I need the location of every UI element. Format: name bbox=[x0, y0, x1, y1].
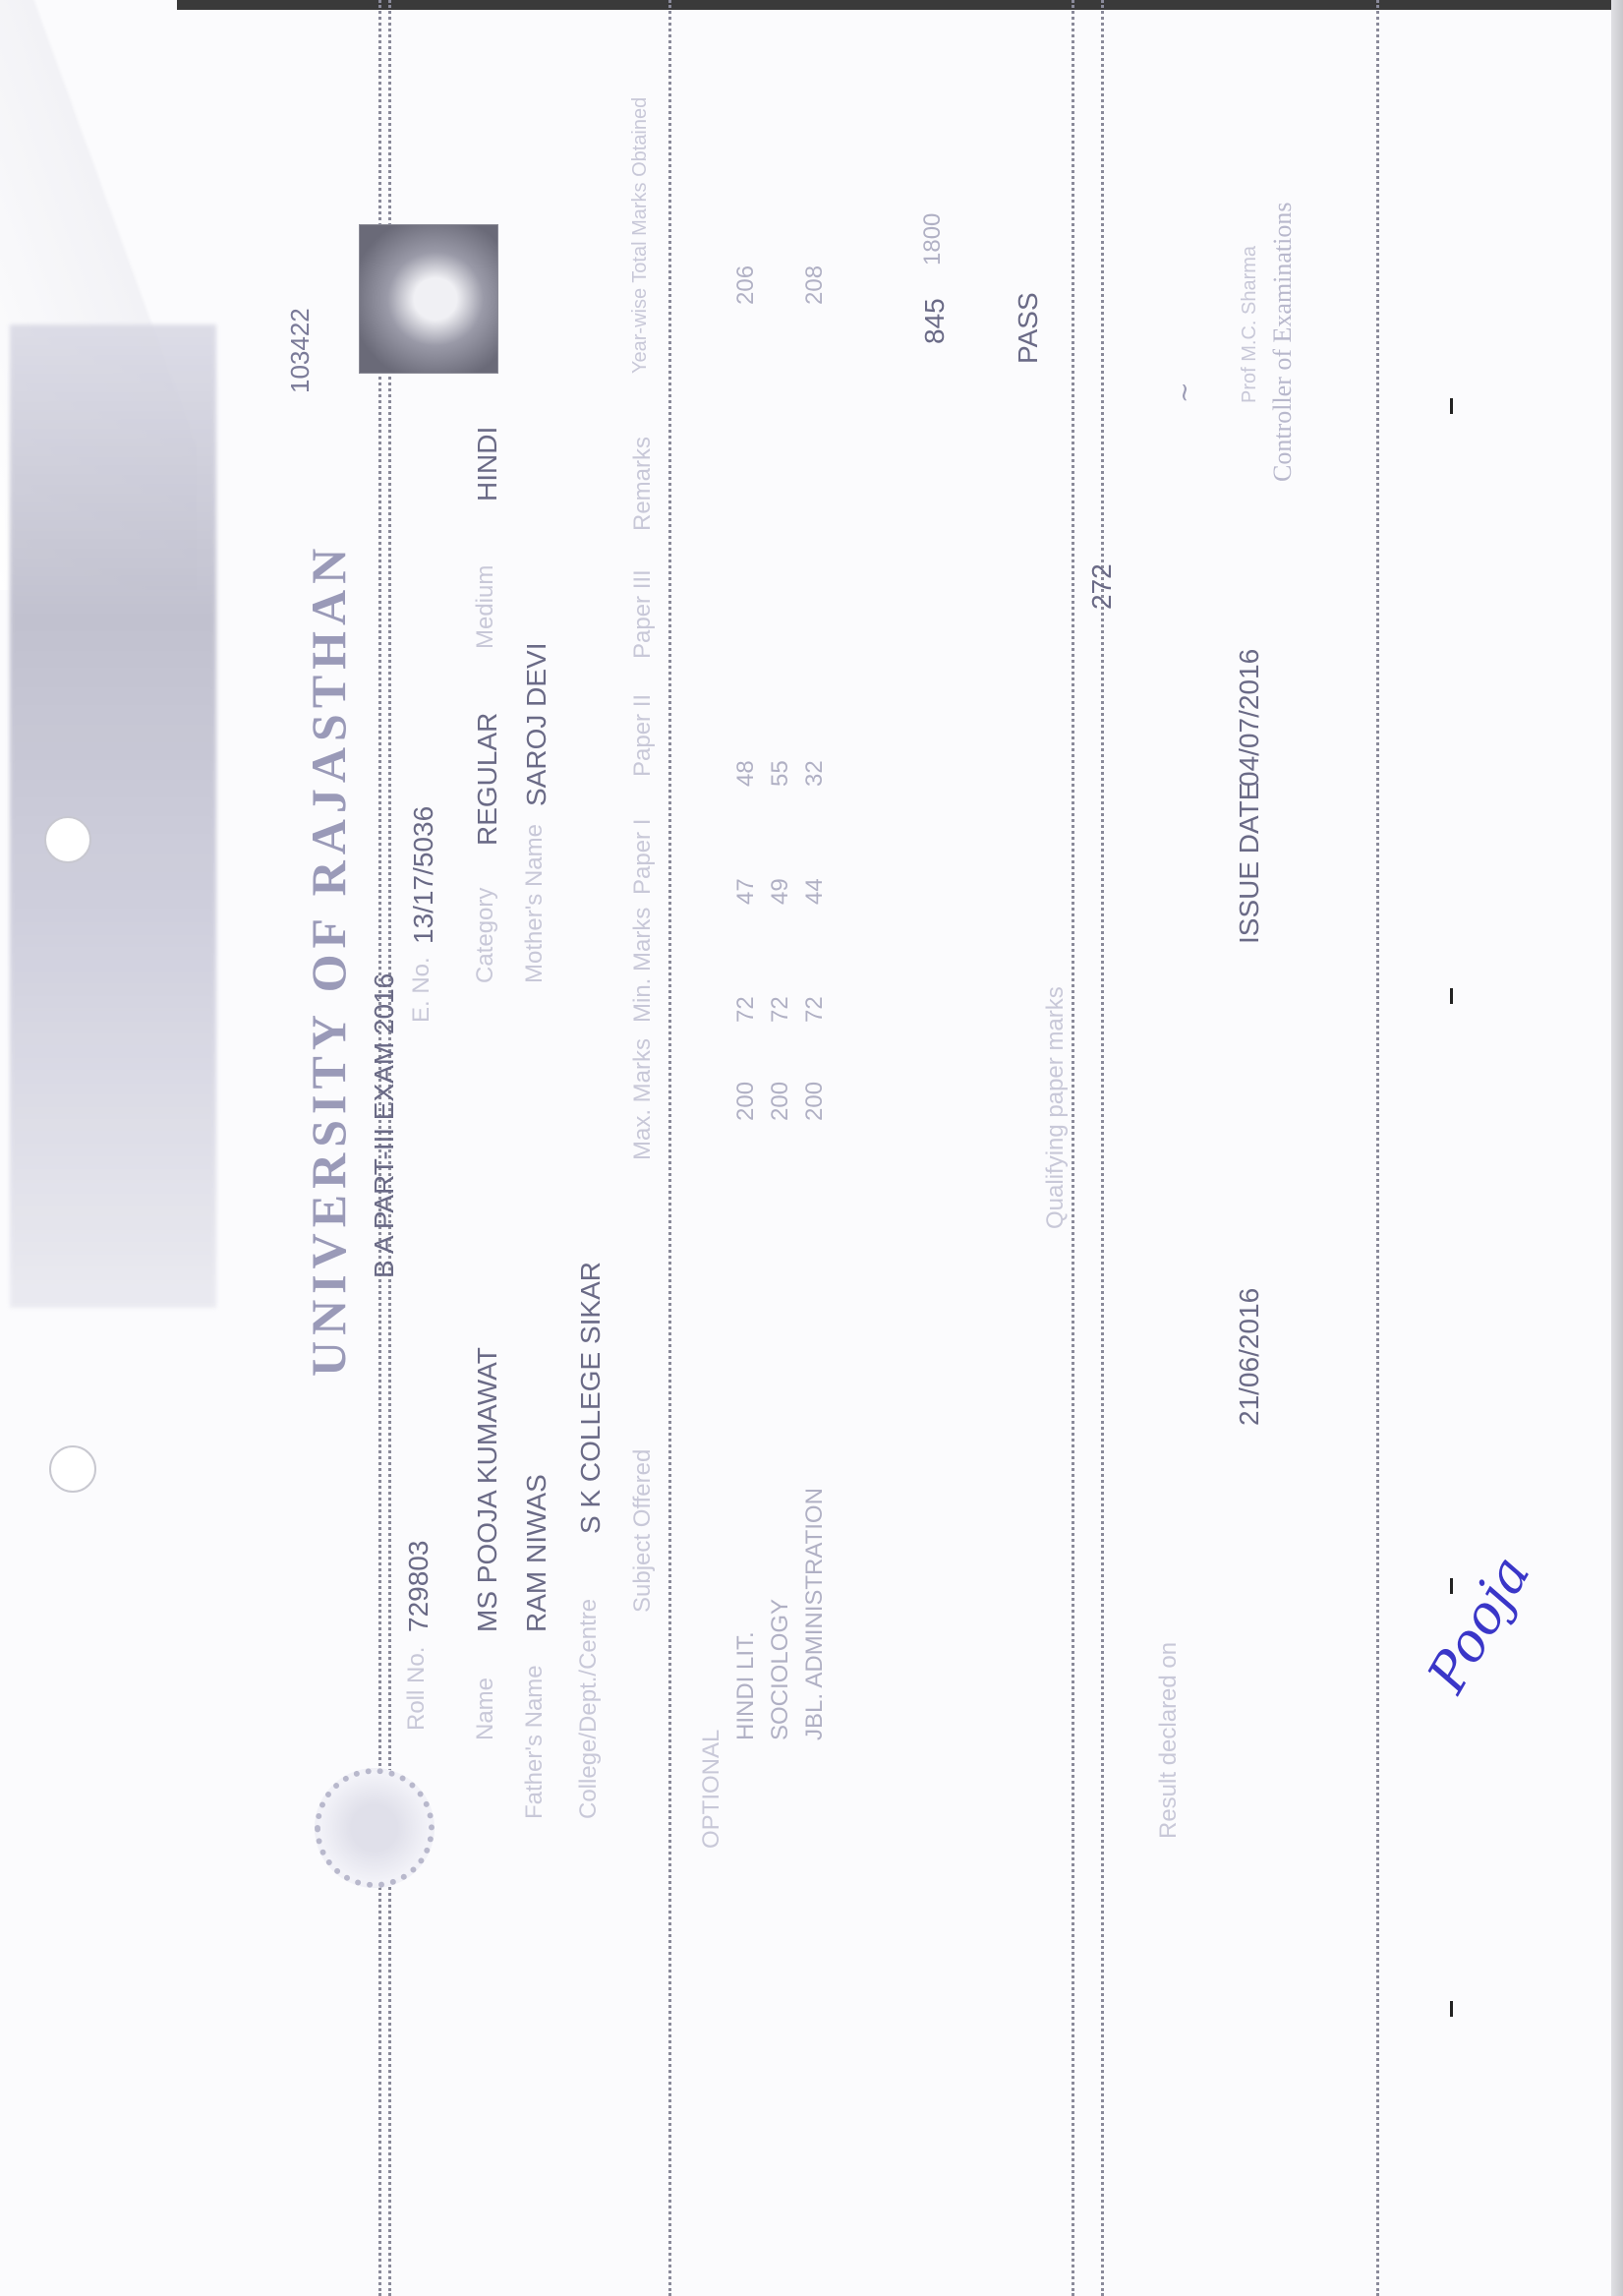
result-date-label: Result declared on bbox=[1155, 1642, 1183, 1839]
punch-hole bbox=[49, 1445, 96, 1493]
alignment-mark bbox=[1450, 2001, 1453, 2017]
medium-value: HINDI bbox=[472, 427, 503, 501]
exam-title: B A PART-III EXAM 2016 bbox=[369, 973, 400, 1278]
controller-signature: ~ bbox=[1170, 382, 1199, 403]
student-photo bbox=[359, 224, 498, 374]
signatory-title: Controller of Examinations bbox=[1268, 202, 1298, 482]
alignment-mark bbox=[1450, 1578, 1453, 1594]
scanner-right-edge bbox=[1611, 0, 1623, 2296]
signatory-name: Prof M.C. Sharma bbox=[1239, 246, 1261, 403]
paper2-marks: 55 bbox=[767, 760, 794, 787]
col-remarks: Remarks bbox=[629, 437, 657, 531]
max-marks: 200 bbox=[767, 1082, 794, 1121]
col-max: Max. Marks bbox=[629, 1038, 657, 1160]
college-name: S K COLLEGE SIKAR bbox=[575, 1262, 607, 1534]
qualifying-marks: 272 bbox=[1086, 563, 1118, 610]
perforation-line bbox=[1376, 0, 1379, 2296]
alignment-mark bbox=[1450, 398, 1453, 414]
enrolment-label: E. No. bbox=[408, 957, 435, 1023]
college-label: College/Dept./Centre bbox=[575, 1599, 603, 1819]
min-marks: 72 bbox=[767, 996, 794, 1023]
paper2-marks: 32 bbox=[801, 760, 829, 787]
paper1-marks: 47 bbox=[732, 878, 760, 905]
col-p2: Paper II bbox=[629, 694, 657, 777]
col-p3: Paper III bbox=[629, 569, 657, 659]
scan-shadow-strip bbox=[10, 324, 216, 1308]
punch-hole bbox=[44, 816, 91, 863]
col-total: Year-wise Total Marks Obtained bbox=[629, 97, 652, 374]
roll-number: 729803 bbox=[403, 1541, 435, 1632]
col-min: Min. Marks bbox=[629, 908, 657, 1023]
qualifying-label: Qualifying paper marks bbox=[1042, 986, 1070, 1229]
subject-name: HINDI LIT. bbox=[732, 1631, 760, 1740]
paper2-marks: 48 bbox=[732, 760, 760, 787]
result-status: PASS bbox=[1013, 292, 1044, 364]
name-label: Name bbox=[472, 1678, 499, 1740]
min-marks: 72 bbox=[801, 996, 829, 1023]
subject-name: JBL. ADMINISTRATION bbox=[801, 1488, 829, 1740]
subject-total: 208 bbox=[801, 265, 829, 305]
col-p1: Paper I bbox=[629, 819, 657, 895]
father-label: Father's Name bbox=[521, 1665, 549, 1819]
grand-total-max: 1800 bbox=[919, 213, 947, 265]
scanner-top-edge bbox=[177, 0, 1623, 10]
category-value: REGULAR bbox=[472, 713, 503, 846]
student-name: MS POOJA KUMAWAT bbox=[472, 1347, 503, 1632]
result-date: 21/06/2016 bbox=[1234, 1288, 1265, 1426]
marksheet: 103422 UNIVERSITY OF RAJASTHAN B A PART-… bbox=[197, 197, 1327, 2065]
university-title: UNIVERSITY OF RAJASTHAN bbox=[300, 543, 357, 1377]
max-marks: 200 bbox=[801, 1082, 829, 1121]
mother-name: SAROJ DEVI bbox=[521, 643, 552, 806]
subject-total: 206 bbox=[732, 265, 760, 305]
section-optional: OPTIONAL bbox=[698, 1730, 725, 1849]
max-marks: 200 bbox=[732, 1082, 760, 1121]
paper1-marks: 49 bbox=[767, 878, 794, 905]
min-marks: 72 bbox=[732, 996, 760, 1023]
medium-label: Medium bbox=[472, 565, 499, 649]
issue-date: 04/07/2016 bbox=[1234, 649, 1265, 787]
serial-number: 103422 bbox=[285, 308, 316, 393]
enrolment-number: 13/17/5036 bbox=[408, 806, 439, 944]
roll-label: Roll No. bbox=[403, 1647, 431, 1731]
handwritten-signature: Pooja bbox=[1416, 1546, 1542, 1703]
university-seal-icon bbox=[315, 1768, 435, 1888]
father-name: RAM NIWAS bbox=[521, 1474, 552, 1632]
alignment-mark bbox=[1450, 988, 1453, 1004]
mother-label: Mother's Name bbox=[521, 824, 549, 983]
issue-date-label: ISSUE DATE bbox=[1234, 783, 1265, 944]
subject-header-label: Subject Offered bbox=[629, 1449, 657, 1613]
paper1-marks: 44 bbox=[801, 878, 829, 905]
category-label: Category bbox=[472, 888, 499, 983]
grand-total: 845 bbox=[919, 298, 951, 344]
subject-name: SOCIOLOGY bbox=[767, 1599, 794, 1740]
